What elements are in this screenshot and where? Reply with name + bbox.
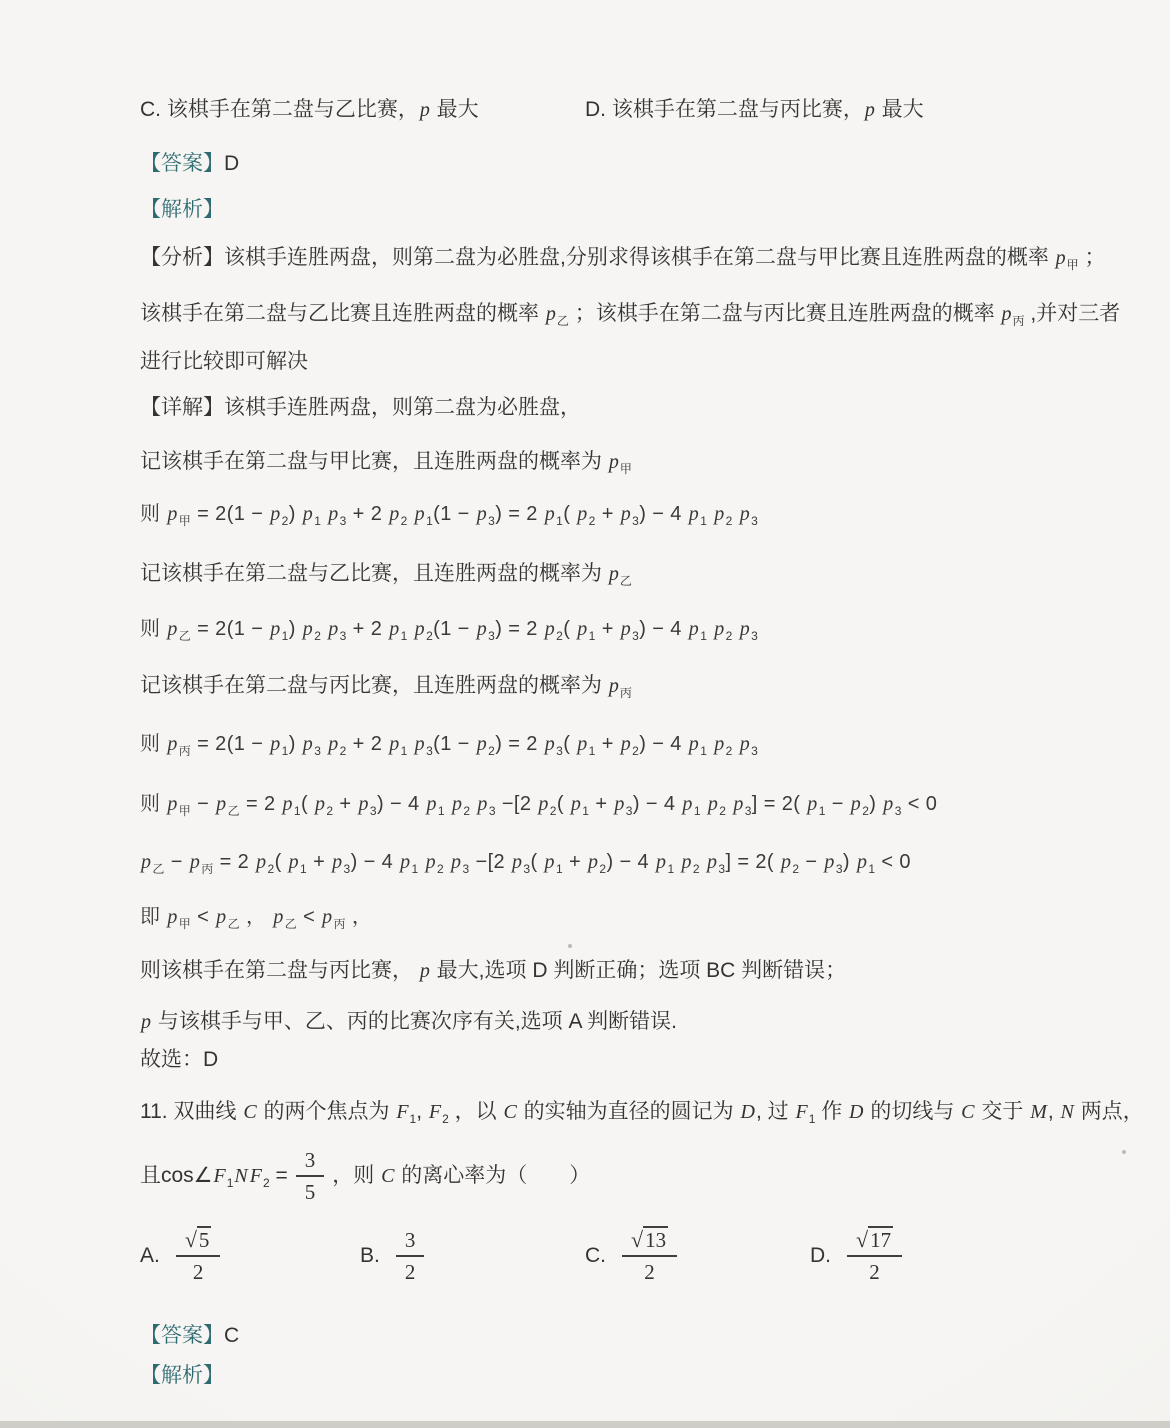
q11-option-d: D. √17 2 bbox=[810, 1228, 902, 1284]
q11-option-b: B. 3 2 bbox=[360, 1228, 585, 1284]
jiexi-tag: 【解析】 bbox=[140, 1364, 224, 1387]
fraction-denominator: 2 bbox=[184, 1257, 213, 1284]
fraction-numerator: √17 bbox=[847, 1228, 902, 1257]
q10-option-c: C. 该棋手在第二盘与乙比赛，p 最大 bbox=[140, 96, 585, 124]
q11-cos-prefix: 且cos∠F1NF2 = bbox=[140, 1162, 288, 1190]
photo-speck bbox=[1122, 1150, 1126, 1154]
q10-xiangjie-line: 【详解】该棋手连胜两盘，则第二盘为必胜盘， bbox=[140, 394, 1060, 422]
fenxi-text1: 该棋手连胜两盘，则第二盘为必胜盘,分别求得该棋手在第二盘与甲比赛且连胜两盘的概率… bbox=[224, 246, 1106, 269]
q10-conclusion2: p 与该棋手与甲、乙、丙的比赛次序有关,选项 A 判断错误. bbox=[140, 1008, 1060, 1036]
option-d-fraction: √17 2 bbox=[847, 1228, 902, 1284]
fraction-numerator: √13 bbox=[622, 1228, 677, 1257]
q10-formula-yi: 则 p乙 = 2(1 − p1) p2 p3 + 2 p1 p2(1 − p3)… bbox=[140, 615, 1060, 643]
q11-fraction-3-5: 3 5 bbox=[296, 1148, 325, 1204]
q10-fenxi-line2: 该棋手在第二盘与乙比赛且连胜两盘的概率 p乙 ；该棋手在第二盘与丙比赛且连胜两盘… bbox=[140, 300, 1060, 328]
q10-conclusion1: 则该棋手在第二盘与丙比赛， p 最大,选项 D 判断正确；选项 BC 判断错误； bbox=[140, 957, 1060, 985]
q10-formula-bing: 则 p丙 = 2(1 − p1) p3 p2 + 2 p1 p3(1 − p2)… bbox=[140, 730, 1060, 758]
option-a-fraction: √5 2 bbox=[176, 1228, 221, 1284]
q10-record-bing: 记该棋手在第二盘与丙比赛，且连胜两盘的概率为 p丙 bbox=[140, 672, 1060, 700]
fraction-denominator: 2 bbox=[396, 1257, 425, 1284]
q10-final-choice: 故选：D bbox=[140, 1046, 1060, 1074]
q11-option-c: C. √13 2 bbox=[585, 1228, 810, 1284]
photo-speck bbox=[568, 944, 572, 948]
fraction-denominator: 5 bbox=[296, 1177, 325, 1204]
fraction-numerator: 3 bbox=[396, 1228, 425, 1257]
q11-option-a: A. √5 2 bbox=[140, 1228, 360, 1284]
fraction-denominator: 2 bbox=[635, 1257, 664, 1284]
q11-jiexi-line: 【解析】 bbox=[140, 1362, 1060, 1390]
q11-options-row: A. √5 2 B. 3 2 C. √13 2 bbox=[140, 1228, 1060, 1306]
q10-option-d: D. 该棋手在第二盘与丙比赛，p 最大 bbox=[585, 96, 924, 124]
q11-answer-value: C bbox=[224, 1324, 239, 1347]
xiangjie-intro: 该棋手连胜两盘，则第二盘为必胜盘， bbox=[224, 396, 581, 419]
jiexi-tag: 【解析】 bbox=[140, 198, 224, 221]
q11-stem-line2: 且cos∠F1NF2 = 3 5 ，则 C 的离心率为（ ） bbox=[140, 1138, 1060, 1214]
q10-answer-value: D bbox=[224, 152, 239, 175]
q10-diff-jia-yi: 则 p甲 − p乙 = 2 p1( p2 + p3) − 4 p1 p2 p3 … bbox=[140, 790, 1060, 818]
photo-bottom-edge bbox=[0, 1421, 1170, 1428]
q10-diff-yi-bing: p乙 − p丙 = 2 p2( p1 + p3) − 4 p1 p2 p3 −[… bbox=[140, 848, 1060, 876]
answer-tag: 【答案】 bbox=[140, 1324, 224, 1347]
xiangjie-tag: 【详解】 bbox=[140, 396, 224, 419]
q10-record-jia: 记该棋手在第二盘与甲比赛，且连胜两盘的概率为 p甲 bbox=[140, 448, 1060, 476]
answer-tag: 【答案】 bbox=[140, 152, 224, 175]
q11-stem-line1: 11. 双曲线 C 的两个焦点为 F1, F2 ，以 C 的实轴为直径的圆记为 … bbox=[140, 1098, 1060, 1126]
q11-answer-line: 【答案】C bbox=[140, 1322, 1060, 1350]
option-b-fraction: 3 2 bbox=[396, 1228, 425, 1284]
option-d-label: D. bbox=[810, 1242, 831, 1270]
q10-jiexi-line: 【解析】 bbox=[140, 196, 1060, 224]
fraction-numerator: 3 bbox=[296, 1148, 325, 1177]
option-c-label: C. bbox=[585, 1242, 606, 1270]
q10-fenxi-line1: 【分析】该棋手连胜两盘，则第二盘为必胜盘,分别求得该棋手在第二盘与甲比赛且连胜两… bbox=[140, 244, 1060, 272]
fraction-numerator: √5 bbox=[176, 1228, 221, 1257]
page-content: C. 该棋手在第二盘与乙比赛，p 最大 D. 该棋手在第二盘与丙比赛，p 最大 … bbox=[0, 0, 1170, 1390]
q10-inequality: 即 p甲 < p乙 ， p乙 < p丙 ， bbox=[140, 903, 1060, 931]
exam-solution-page: C. 该棋手在第二盘与乙比赛，p 最大 D. 该棋手在第二盘与丙比赛，p 最大 … bbox=[0, 0, 1170, 1428]
q10-options-row: C. 该棋手在第二盘与乙比赛，p 最大 D. 该棋手在第二盘与丙比赛，p 最大 bbox=[140, 96, 1060, 124]
q10-formula-jia: 则 p甲 = 2(1 − p2) p1 p3 + 2 p2 p1(1 − p3)… bbox=[140, 500, 1060, 528]
option-c-fraction: √13 2 bbox=[622, 1228, 677, 1284]
option-b-label: B. bbox=[360, 1242, 380, 1270]
fraction-denominator: 2 bbox=[860, 1257, 889, 1284]
q10-answer-line: 【答案】D bbox=[140, 150, 1060, 178]
fenxi-tag: 【分析】 bbox=[140, 246, 224, 269]
q10-record-yi: 记该棋手在第二盘与乙比赛，且连胜两盘的概率为 p乙 bbox=[140, 560, 1060, 588]
q10-fenxi-line3: 进行比较即可解决 bbox=[140, 348, 1060, 376]
option-a-label: A. bbox=[140, 1242, 160, 1270]
q11-cos-suffix: ，则 C 的离心率为（ ） bbox=[332, 1162, 590, 1190]
